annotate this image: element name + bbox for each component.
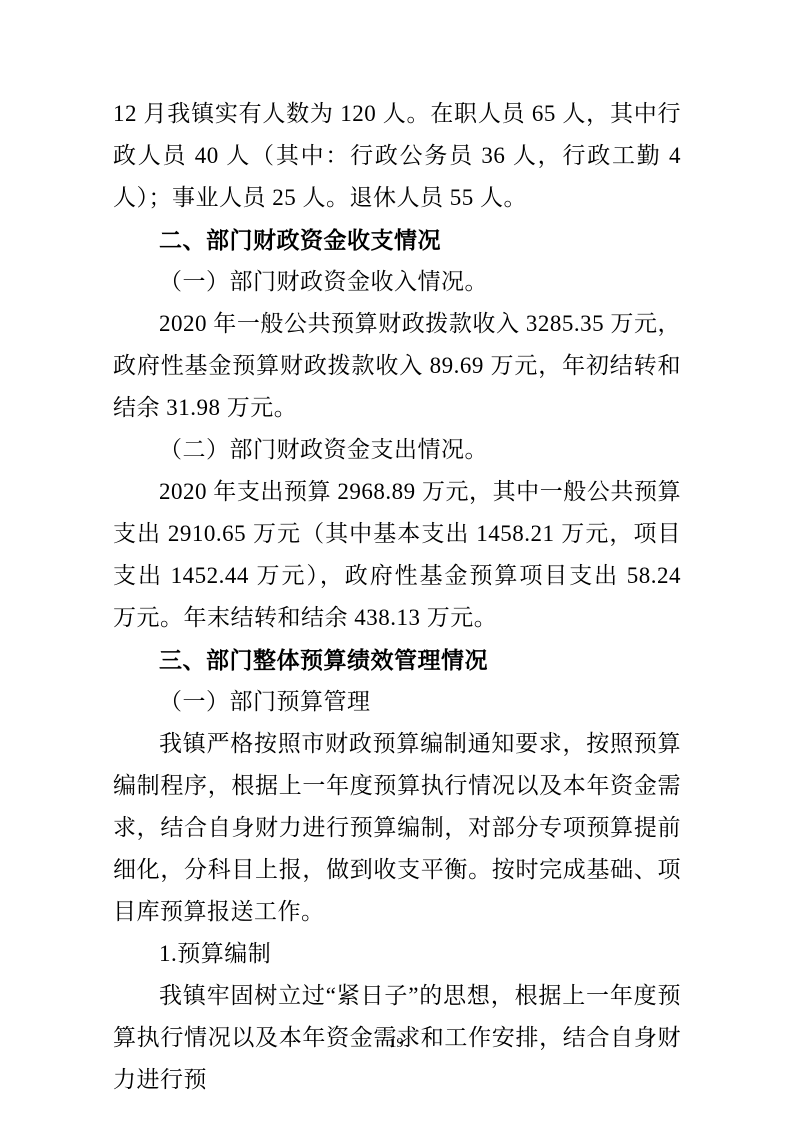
paragraph-budget-management-process: 我镇严格按照市财政预算编制通知要求，按照预算编制程序，根据上一年度预算执行情况以…: [113, 723, 681, 933]
heading-section-2-finance-income-expenditure: 二、部门财政资金收支情况: [113, 219, 681, 261]
paragraph-staff-numbers: 12 月我镇实有人数为 120 人。在职人员 65 人，其中行政人员 40 人（…: [113, 93, 681, 219]
paragraph-income-details: 2020 年一般公共预算财政拨款收入 3285.35 万元，政府性基金预算财政拨…: [113, 303, 681, 429]
paragraph-expenditure-details: 2020 年支出预算 2968.89 万元，其中一般公共预算支出 2910.65…: [113, 471, 681, 639]
page-content: 12 月我镇实有人数为 120 人。在职人员 65 人，其中行政人员 40 人（…: [113, 93, 681, 1101]
item-title-budget-preparation: 1.预算编制: [113, 933, 681, 975]
document-page: 12 月我镇实有人数为 120 人。在职人员 65 人，其中行政人员 40 人（…: [0, 0, 793, 1122]
subheading-2-1-income-situation: （一）部门财政资金收入情况。: [113, 261, 681, 303]
subheading-3-1-budget-management: （一）部门预算管理: [113, 681, 681, 723]
heading-section-3-budget-performance-management: 三、部门整体预算绩效管理情况: [113, 639, 681, 681]
page-number: 19: [390, 1036, 404, 1051]
page-footer: 19: [0, 1034, 793, 1054]
subheading-2-2-expenditure-situation: （二）部门财政资金支出情况。: [113, 429, 681, 471]
